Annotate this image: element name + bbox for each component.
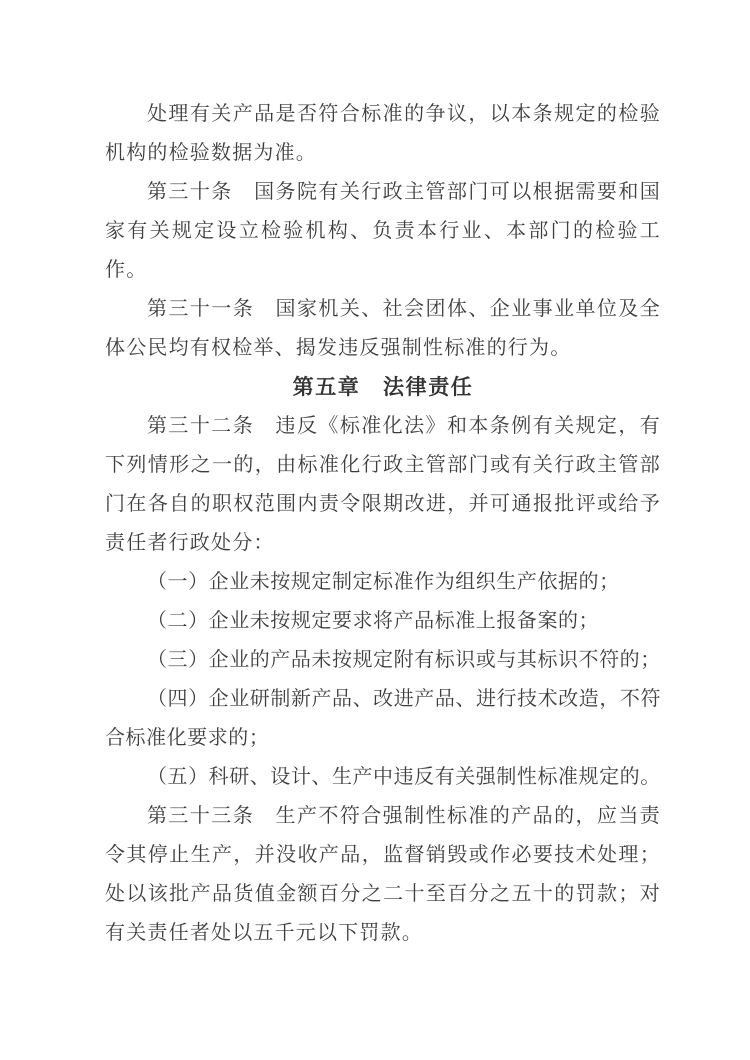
list-item-paragraph: （三）企业的产品未按规定附有标识或与其标识不符的；	[105, 641, 661, 680]
document-page: 处理有关产品是否符合标准的争议，以本条规定的检验机构的检验数据为准。第三十条 国…	[0, 0, 750, 1060]
article-paragraph: 第三十一条 国家机关、社会团体、企业事业单位及全体公民均有权检举、揭发违反强制性…	[105, 290, 661, 368]
article-paragraph: 第三十二条 违反《标准化法》和本条例有关规定，有下列情形之一的，由标准化行政主管…	[105, 407, 661, 563]
list-item-paragraph: （一）企业未按规定制定标准作为组织生产依据的；	[105, 563, 661, 602]
list-item-paragraph: （五）科研、设计、生产中违反有关强制性标准规定的。	[105, 758, 661, 797]
article-paragraph: 处理有关产品是否符合标准的争议，以本条规定的检验机构的检验数据为准。	[105, 95, 661, 173]
list-item-paragraph: （四）企业研制新产品、改进产品、进行技术改造，不符合标准化要求的；	[105, 680, 661, 758]
chapter-heading: 第五章 法律责任	[105, 368, 661, 407]
article-paragraph: 第三十三条 生产不符合强制性标准的产品的，应当责令其停止生产，并没收产品，监督销…	[105, 797, 661, 953]
list-item-paragraph: （二）企业未按规定要求将产品标准上报备案的；	[105, 602, 661, 641]
document-body: 处理有关产品是否符合标准的争议，以本条规定的检验机构的检验数据为准。第三十条 国…	[105, 95, 661, 953]
article-paragraph: 第三十条 国务院有关行政主管部门可以根据需要和国家有关规定设立检验机构、负责本行…	[105, 173, 661, 290]
